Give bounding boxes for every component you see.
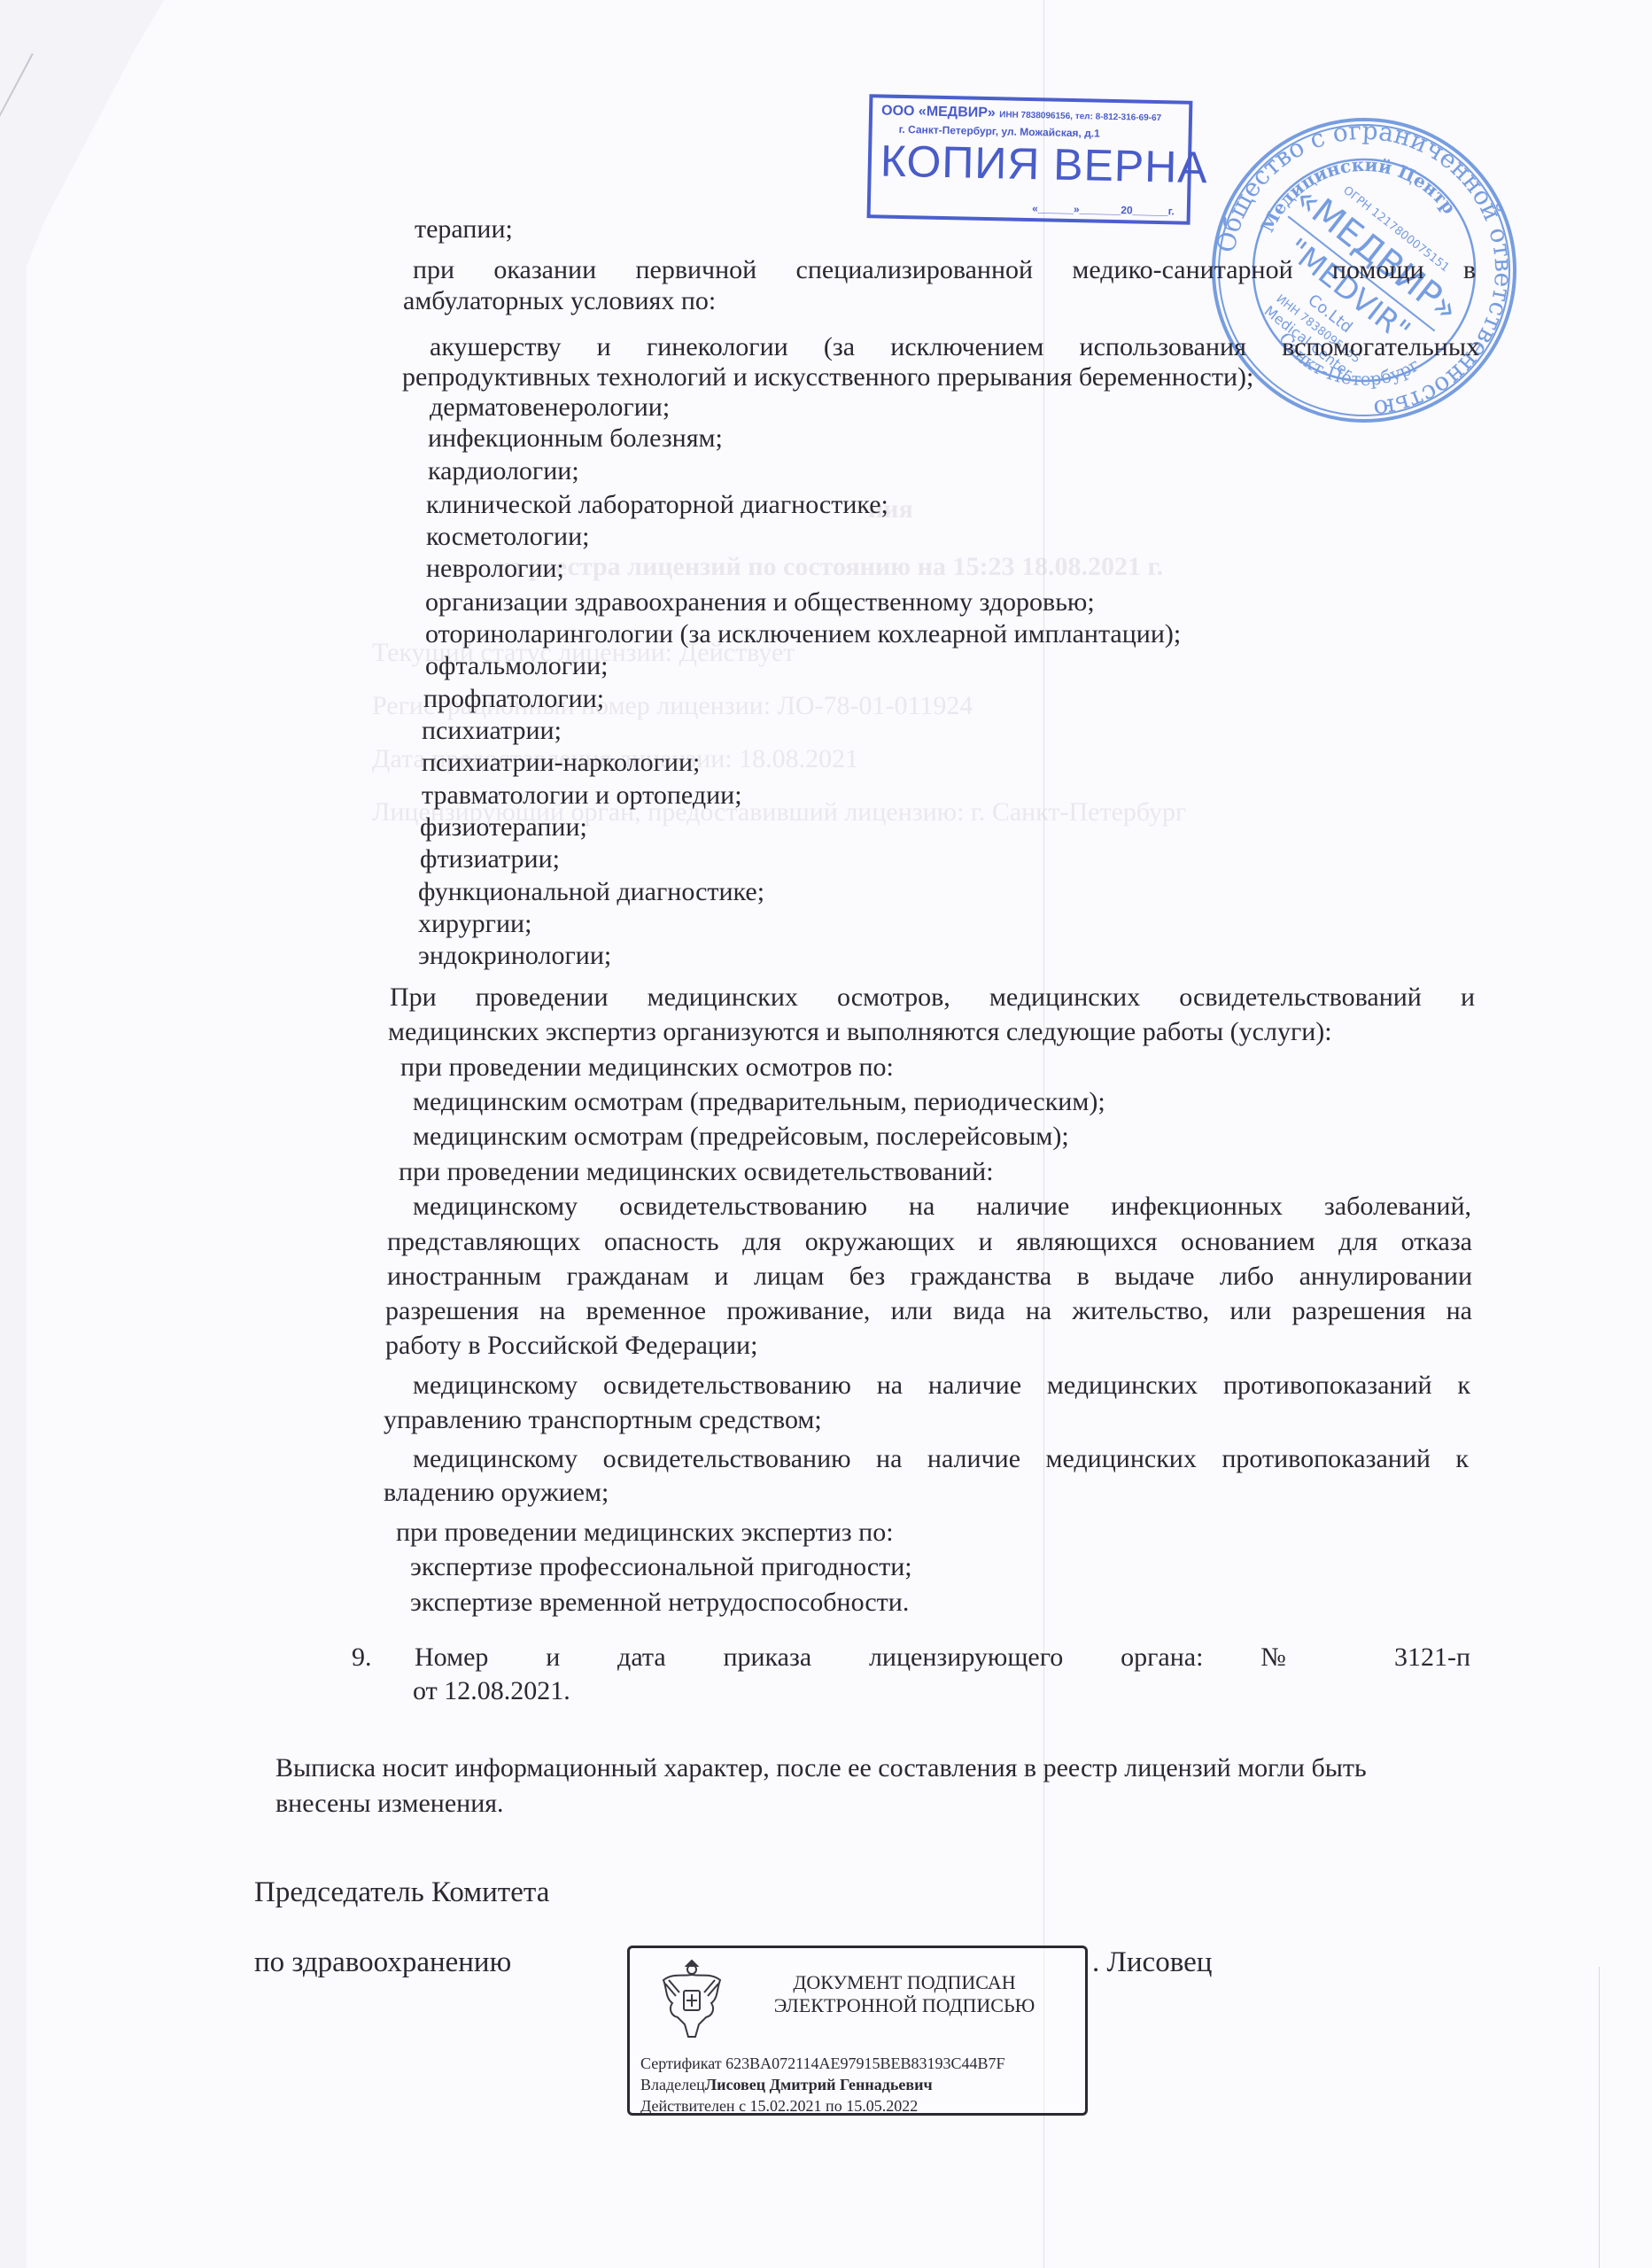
body-line: при проведении медицинских экспертиз по: bbox=[396, 1516, 894, 1550]
body-line: при оказании первичной специализированно… bbox=[413, 253, 1476, 288]
body-line: управлению транспортным средством; bbox=[384, 1403, 822, 1438]
body-line: офтальмологии; bbox=[425, 649, 608, 684]
item-9-number: 9. bbox=[352, 1641, 372, 1675]
body-line: профпатологии; bbox=[423, 682, 604, 717]
body-line: амбулаторных условиях по: bbox=[403, 284, 716, 319]
item-9-date: от 12.08.2021. bbox=[413, 1674, 570, 1709]
signatory-department: по здравоохранению bbox=[254, 1946, 511, 1980]
body-line: дерматовенерологии; bbox=[430, 391, 670, 425]
body-line: медицинскому освидетельствованию на нали… bbox=[413, 1369, 1470, 1403]
body-line: медицинскому освидетельствованию на нали… bbox=[413, 1442, 1469, 1477]
signature-title-line1: ДОКУМЕНТ ПОДПИСАН bbox=[754, 1971, 1055, 1994]
body-line: при проведении медицинских осмотров по: bbox=[400, 1051, 894, 1085]
folded-corner-edge bbox=[0, 53, 34, 258]
stamp-date-line: «______»_______20______г. bbox=[1032, 202, 1175, 217]
body-line: психиатрии; bbox=[422, 714, 562, 749]
disclaimer-text: внесены изменения. bbox=[275, 1787, 504, 1821]
body-line: клинической лабораторной диагностике; bbox=[426, 488, 888, 523]
body-line: травматологии и ортопедии; bbox=[422, 779, 742, 813]
body-line: репродуктивных технологий и искусственно… bbox=[402, 361, 1253, 395]
body-line: разрешения на временное проживание, или … bbox=[385, 1294, 1472, 1329]
signature-title-line2: ЭЛЕКТРОННОЙ ПОДПИСЬЮ bbox=[754, 1994, 1055, 2017]
body-line: инфекционным болезням; bbox=[428, 422, 723, 456]
body-line: медицинским осмотрам (предварительным, п… bbox=[413, 1085, 1105, 1120]
certificate-line: Сертификат 623BA072114AE97915BEB83193C44… bbox=[640, 2053, 1005, 2074]
body-line: экспертизе профессиональной пригодности; bbox=[410, 1550, 912, 1585]
body-line: фтизиатрии; bbox=[420, 843, 560, 877]
item-9-text: Номер и дата приказа лицензирующего орга… bbox=[415, 1641, 1470, 1675]
signatory-name: . Лисовец bbox=[1092, 1946, 1212, 1980]
body-line: косметологии; bbox=[426, 520, 589, 555]
body-line: владению оружием; bbox=[384, 1476, 609, 1511]
body-line: организации здравоохранения и общественн… bbox=[425, 586, 1095, 620]
body-line: физиотерапии; bbox=[420, 811, 587, 845]
owner-value: Лисовец Дмитрий Геннадьевич bbox=[705, 2076, 933, 2093]
stamp-org-name: ООО «МЕДВИР» bbox=[881, 103, 996, 120]
body-line: неврологии; bbox=[426, 552, 564, 586]
electronic-signature-box: ДОКУМЕНТ ПОДПИСАН ЭЛЕКТРОННОЙ ПОДПИСЬЮ С… bbox=[627, 1946, 1088, 2116]
owner-label: Владелец bbox=[640, 2076, 705, 2093]
body-line: акушерству и гинекологии (за исключением… bbox=[430, 330, 1479, 365]
paper-crease-bottom bbox=[1599, 1967, 1600, 2268]
body-line: работу в Российской Федерации; bbox=[385, 1329, 757, 1363]
stamp-inn-phone: ИНН 7838096156, тел: 8-812-316-69-67 bbox=[999, 110, 1161, 123]
body-line: функциональной диагностике; bbox=[418, 875, 764, 910]
signatory-title: Председатель Комитета bbox=[254, 1876, 549, 1910]
body-line: хирургии; bbox=[418, 907, 531, 942]
stamp-title: КОПИЯ ВЕРНА bbox=[880, 135, 1208, 193]
body-line: экспертизе временной нетрудоспособности. bbox=[410, 1586, 909, 1620]
owner-line: ВладелецЛисовец Дмитрий Геннадьевич bbox=[640, 2074, 1005, 2095]
certificate-value: 623BA072114AE97915BEB83193C44B7F bbox=[725, 2054, 1004, 2072]
body-line: медицинскому освидетельствованию на нали… bbox=[413, 1190, 1471, 1224]
certificate-label: Сертификат bbox=[640, 2054, 722, 2072]
body-line: иностранным гражданам и лицам без гражда… bbox=[387, 1260, 1472, 1294]
body-line: терапии; bbox=[415, 213, 513, 247]
body-line: представляющих опасность для окружающих … bbox=[387, 1225, 1472, 1260]
copy-verified-stamp: ООО «МЕДВИР» ИНН 7838096156, тел: 8-812-… bbox=[867, 94, 1193, 225]
coat-of-arms-icon bbox=[656, 1957, 727, 2041]
body-line: При проведении медицинских осмотров, мед… bbox=[390, 981, 1475, 1015]
body-line: психиатрии-наркологии; bbox=[422, 746, 700, 781]
body-line: при проведении медицинских освидетельств… bbox=[399, 1155, 994, 1190]
stamp-org-line: ООО «МЕДВИР» ИНН 7838096156, тел: 8-812-… bbox=[881, 103, 1161, 125]
body-line: медицинским осмотрам (предрейсовым, посл… bbox=[413, 1120, 1069, 1154]
body-line: эндокринологии; bbox=[418, 939, 611, 974]
signature-title: ДОКУМЕНТ ПОДПИСАН ЭЛЕКТРОННОЙ ПОДПИСЬЮ bbox=[754, 1971, 1055, 2017]
body-line: медицинских экспертиз организуются и вып… bbox=[388, 1015, 1332, 1050]
body-line: оториноларингологии (за исключением кохл… bbox=[425, 617, 1181, 652]
body-line: кардиологии; bbox=[428, 454, 579, 489]
validity-line: Действителен с 15.02.2021 по 15.05.2022 bbox=[640, 2095, 1005, 2117]
disclaimer-text: Выписка носит информационный характер, п… bbox=[275, 1751, 1367, 1786]
signature-info: Сертификат 623BA072114AE97915BEB83193C44… bbox=[640, 2053, 1005, 2117]
